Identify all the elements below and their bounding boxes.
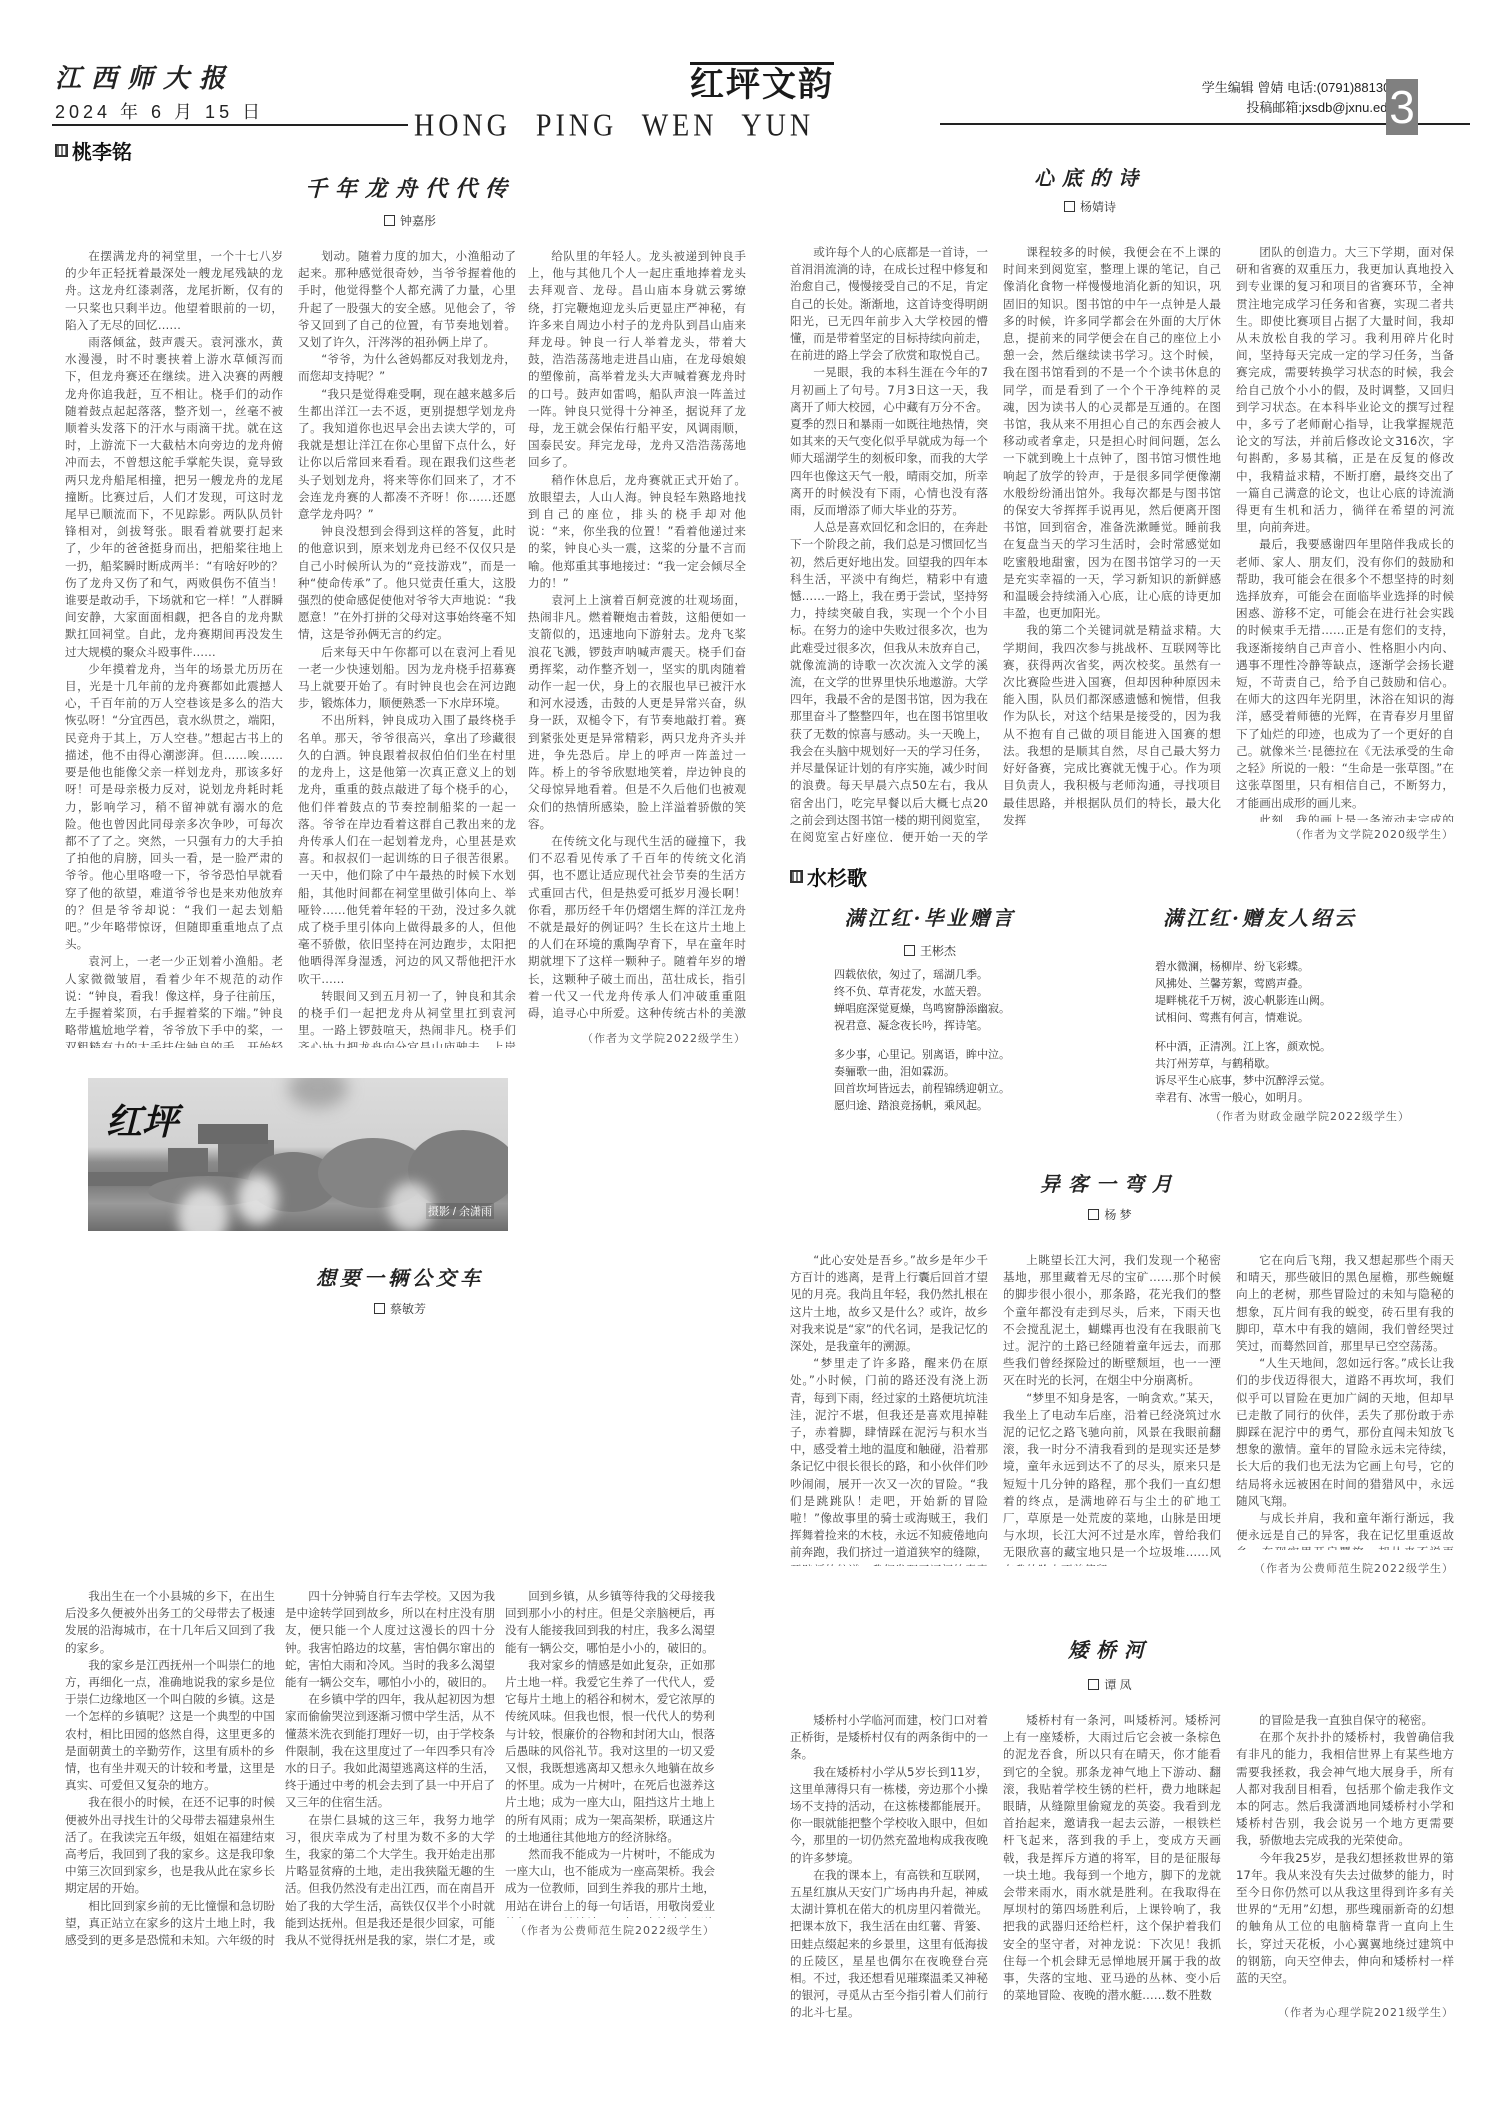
poem-line: 奏骊歌一曲，泪如霖沥。	[834, 1063, 1034, 1080]
poem-line: 堤畔桃花千万树，波心帆影连山阙。	[1155, 992, 1385, 1009]
byline-box-icon	[1088, 1209, 1099, 1220]
column-text: 后来每天中午你都可以在袁河上看见一老一少快速划船。因为龙舟桡手招募赛马上就要开始…	[298, 644, 516, 713]
column-text: 此刻，我的画上是一条流动未完成的诗。	[1236, 812, 1454, 822]
section-title: 桃李铭	[72, 136, 132, 165]
section-icon	[790, 870, 803, 883]
article-column: 课程较多的时候，我便会在不上课的时间来到阅览室，整理上课的笔记，自己像消化食物一…	[1003, 244, 1221, 842]
byline-box-icon	[904, 945, 915, 956]
author-name: 杨婧诗	[1080, 200, 1116, 214]
column-text: “此心安处是吾乡。”故乡是年少千方百计的逃离，是背上行囊后回首才望见的月亮。我尚…	[790, 1252, 988, 1355]
column-text: 的冒险是我一直独自保守的秘密。	[1236, 1712, 1454, 1729]
page-logo-chinese: 红坪文韵	[690, 62, 834, 105]
section-label-taoliming: 桃李铭	[55, 136, 132, 165]
article-column: 给队里的年轻人。龙头被递到钟良手上，他与其他几个人一起庄重地捧着龙头去拜观音、龙…	[528, 248, 746, 1024]
column-text: 袁河上，一老一少正划着小渔船。老人家微微皱眉，看着少年不规范的动作说：“钟良，看…	[65, 953, 283, 1048]
poem-stanza: 多少事，心里记。别离语，眸中泣。 奏骊歌一曲，泪如霖沥。 回首坎坷皆远去，前程锦…	[834, 1046, 1034, 1114]
article-title: 心底的诗	[990, 162, 1190, 191]
column-text: 四十分钟骑自行车去学校。又因为我是中途转学回到故乡，所以在村庄没有朋友，便只能一…	[285, 1588, 495, 1691]
column-text: 在摆满龙舟的祠堂里，一个十七八岁的少年正轻抚着最深处一艘龙尾残缺的龙舟。这龙舟红…	[65, 248, 283, 334]
column-text: 少年摸着龙舟，当年的场景尤历历在目，光是十几年前的龙舟赛都如此震撼人心，千百年前…	[65, 661, 283, 953]
article-column: 划动。随着力度的加大，小渔船动了起来。那种感觉很奇妙，当爷爷握着他的手时，他觉得…	[298, 248, 516, 1048]
column-text: 回到乡镇，从乡镇等待我的父母接我回到那小小的村庄。但是父亲脑梗后，再没有人能接我…	[505, 1588, 715, 1657]
article-column: 四十分钟骑自行车去学校。又因为我是中途转学回到故乡，所以在村庄没有朋友，便只能一…	[285, 1588, 495, 1948]
poem-line: 愿归途、踏浪竞扬帆，乘风起。	[834, 1097, 1034, 1114]
poem-line: 终不负、草青花发，水蓝天碧。	[834, 983, 1034, 1000]
poem-line: 碧水微澜，杨柳岸、纷飞彩蝶。	[1155, 958, 1385, 975]
poem-line: 试相问、莺燕有何言，情难说。	[1155, 1009, 1385, 1026]
poem-line: 风拂处、兰馨芳絮，莺鸥声叠。	[1155, 975, 1385, 992]
column-text: 人总是喜欢回忆和念旧的，在奔赴下一个阶段之前，我们总是习惯回忆当初，然后更好地出…	[790, 519, 988, 842]
poem-body: 四载依依，匆过了，瑶湖几季。 终不负、草青花发，水蓝天碧。 蝉唱庭深觉夏燥，鸟鸣…	[834, 966, 1034, 1126]
photo-blur-flower	[238, 1174, 278, 1224]
article-title: 矮桥河	[1050, 1634, 1170, 1663]
column-text: 在崇仁县城的这三年，我努力地学习，很庆幸成为了村里为数不多的大学生，我家的第二个…	[285, 1812, 495, 1948]
poem-byline: 王彬杰	[880, 942, 980, 959]
author-name: 钟嘉彤	[400, 214, 436, 228]
page-number-badge: 3	[1386, 79, 1418, 135]
column-text: 袁河上上演着百舸竞渡的壮观场面，热闹非凡。燃着鞭炮击着鼓，这船便如一支箭似的，迅…	[528, 592, 746, 833]
author-note: （作者为文学院2020级学生）	[1236, 826, 1454, 842]
author-name: 杨 梦	[1104, 1208, 1131, 1222]
campus-photo: 红坪 摄影 / 余潇雨	[88, 1078, 508, 1231]
poem-stanza: 杯中酒，正清冽。江上客，颜欢悦。 共汀州芳草，与鹤稍歇。 诉尽平生心底事，梦中沉…	[1155, 1038, 1385, 1106]
photo-title: 红坪	[106, 1094, 178, 1145]
author-note: （作者为公费师范生院2022级学生）	[1236, 1560, 1454, 1576]
column-text: 在传统文化与现代生活的碰撞下，我们不忍看见传承了千百年的传统文化消弭，也不愿让适…	[528, 833, 746, 1024]
column-text: 或许每个人的心底都是一首诗，一首涓涓流淌的诗，在成长过程中修复和治愈自己，慢慢接…	[790, 244, 988, 364]
column-text: 我出生在一个小县城的乡下，在出生后没多久便被外出务工的父母带去了极速发展的沿海城…	[65, 1588, 275, 1657]
column-text: 课程较多的时候，我便会在不上课的时间来到阅览室，整理上课的笔记，自己像消化食物一…	[1003, 244, 1221, 622]
column-text: 在那个灰扑扑的矮桥村，我曾确信我有非凡的能力，我相信世界上有某些地方需要我拯救，…	[1236, 1729, 1454, 1849]
column-text: 雨落倾盆，鼓声震天。袁河涨水，黄水漫漫，时不时裹挟着上游水草倾泻而下，但龙舟赛还…	[65, 334, 283, 661]
article-column: 团队的创造力。大三下学期，面对保研和省赛的双重压力，我更加认真地投入到专业课的复…	[1236, 244, 1454, 822]
photo-blur-flower	[288, 1078, 348, 1108]
column-text: “爷爷，为什么爸妈都反对我划龙舟，而您却支持呢？”	[298, 351, 516, 385]
editor-phone: 学生编辑 曾婧 电话:(0791)88130253	[1202, 78, 1412, 98]
column-text: 最后，我要感谢四年里陪伴我成长的老师、家人、朋友们，没有你们的鼓励和帮助，我可能…	[1236, 536, 1454, 811]
column-text: 给队里的年轻人。龙头被递到钟良手上，他与其他几个人一起庄重地捧着龙头去拜观音、龙…	[528, 248, 746, 472]
article-byline: 杨婧诗	[1040, 198, 1140, 215]
byline-box-icon	[374, 1303, 385, 1314]
author-note: （作者为财政金融学院2022级学生）	[1170, 1108, 1410, 1124]
column-text: 矮桥村小学临河而建，校门口对着正桥街，是矮桥村仅有的两条街中的一条。	[790, 1712, 988, 1764]
article-byline: 钟嘉彤	[360, 212, 460, 229]
column-text: 钟良没想到会得到这样的答复，此时的他意识到，原来划龙舟已经不仅仅只是自己小时候所…	[298, 523, 516, 643]
column-text: 一晃眼，我的本科生涯在今年的7月初画上了句号。7月3日这一天，我离开了师大校园，…	[790, 364, 988, 519]
article-byline: 蔡敏芳	[350, 1300, 450, 1317]
author-note: （作者为心理学院2021级学生）	[1236, 2004, 1454, 2020]
poem-line: 回首坎坷皆远去，前程锦绣迎朝立。	[834, 1080, 1034, 1097]
article-byline: 谭 凤	[1060, 1676, 1160, 1693]
photo-building	[198, 1124, 268, 1144]
column-text: 我在矮桥村小学从5岁长到11岁，这里单薄得只有一栋楼，旁边那个小操场不支持的活动…	[790, 1764, 988, 1867]
column-text: 我对家乡的情感是如此复杂，正如那片土地一样。我爱它生养了一代代人，爱它每片土地上…	[505, 1657, 715, 1846]
article-column: 它在向后飞翔，我又想起那些个雨天和晴天，那些破旧的黑色屋檐，那些蜿蜒向上的老树，…	[1236, 1252, 1454, 1550]
column-text: 我的家乡是江西抚州一个叫崇仁的地方，再细化一点，准确地说我的家乡是位于崇仁边缘地…	[65, 1657, 275, 1795]
column-text: 划动。随着力度的加大，小渔船动了起来。那种感觉很奇妙，当爷爷握着他的手时，他觉得…	[298, 248, 516, 351]
byline-box-icon	[1064, 201, 1075, 212]
author-name: 谭 凤	[1104, 1678, 1131, 1692]
column-text: 我的第二个关键词就是精益求精。大学期间，我四次参与挑战杯、互联网等比赛，获得两次…	[1003, 622, 1221, 828]
column-text: “人生天地间，忽如远行客。”成长让我们的步伐迈得很大，道路不再坎坷，我们似乎可以…	[1236, 1355, 1454, 1510]
article-byline: 杨 梦	[1060, 1206, 1160, 1223]
poem-line: 杯中酒，正清冽。江上客，颜欢悦。	[1155, 1038, 1385, 1055]
newspaper-name: 江西师大报	[55, 58, 235, 95]
author-name: 王彬杰	[920, 944, 956, 958]
column-text: 不出所料，钟良成功入围了最终桡手名单。那天，爷爷很高兴，拿出了珍藏很久的白酒。钟…	[298, 712, 516, 987]
article-column: 在摆满龙舟的祠堂里，一个十七八岁的少年正轻抚着最深处一艘龙尾残缺的龙舟。这龙舟红…	[65, 248, 283, 1048]
poem-title: 满江红·赠友人绍云	[1140, 902, 1380, 931]
column-text: 矮桥村有一条河，叫矮桥河。矮桥河上有一座矮桥，大雨过后它会被一条棕色的泥龙吞食，…	[1003, 1712, 1221, 2004]
article-title: 想要一辆公交车	[270, 1262, 530, 1291]
column-text: 我在很小的时候，在还不记事的时候便被外出寻找生计的父母带去福建泉州生活了。在我读…	[65, 1794, 275, 1897]
column-text: 今年我25岁，是我幻想拯救世界的第17年。我从来没有失去过做梦的能力，时至今日你…	[1236, 1850, 1454, 1988]
column-text: “我只是觉得难受啊，现在越来越多后生都出洋江一去不返，更别提想学划龙舟了。我知道…	[298, 386, 516, 524]
byline-box-icon	[1088, 1679, 1099, 1690]
poem-line: 共汀州芳草，与鹤稍歇。	[1155, 1055, 1385, 1072]
author-note: （作者为文学院2022级学生）	[528, 1030, 746, 1046]
poem-title: 满江红·毕业赠言	[820, 902, 1040, 931]
author-note: （作者为公费师范生院2022级学生）	[505, 1922, 715, 1938]
author-name: 蔡敏芳	[390, 1302, 426, 1316]
article-title: 千年龙舟代代传	[290, 172, 530, 203]
section-title: 水杉歌	[807, 862, 867, 891]
byline-box-icon	[384, 215, 395, 226]
poem-line: 诉尽平生心底事，梦中沉醉浮云觉。	[1155, 1072, 1385, 1089]
poem-line: 祝君意、凝念夜长吟，挥诗笔。	[834, 1017, 1034, 1034]
article-column: “此心安处是吾乡。”故乡是年少千方百计的逃离，是背上行囊后回首才望见的月亮。我尚…	[790, 1252, 988, 1566]
article-title: 异客一弯月	[1030, 1168, 1190, 1197]
article-column: 的冒险是我一直独自保守的秘密。在那个灰扑扑的矮桥村，我曾确信我有非凡的能力，我相…	[1236, 1712, 1454, 2002]
poem-stanza: 四载依依，匆过了，瑶湖几季。 终不负、草青花发，水蓝天碧。 蝉唱庭深觉夏燥，鸟鸣…	[834, 966, 1034, 1034]
page-logo-english: HONG PING WEN YUN	[414, 108, 814, 145]
column-text: 相比回到家乡前的无比憧憬和急切盼望，真正站立在家乡的这片土地上时，我感受到的更多…	[65, 1898, 275, 1948]
poem-line: 幸君有、冰雪一般心，如明月。	[1155, 1089, 1385, 1106]
column-text: “梦里不知身是客，一晌贪欢。”某天，我坐上了电动车后座，沿着已经浇筑过水泥的记忆…	[1003, 1390, 1221, 1566]
poem-stanza: 碧水微澜，杨柳岸、纷飞彩蝶。 风拂处、兰馨芳絮，莺鸥声叠。 堤畔桃花千万树，波心…	[1155, 958, 1385, 1026]
column-text: “梦里走了许多路，醒来仍在原处。”小时候，门前的路还没有浇上沥青，每到下雨，经过…	[790, 1355, 988, 1566]
column-text: 团队的创造力。大三下学期，面对保研和省赛的双重压力，我更加认真地投入到专业课的复…	[1236, 244, 1454, 536]
photo-credit: 摄影 / 余潇雨	[426, 1203, 494, 1219]
poem-body: 碧水微澜，杨柳岸、纷飞彩蝶。 风拂处、兰馨芳絮，莺鸥声叠。 堤畔桃花千万树，波心…	[1155, 958, 1385, 1118]
column-text: 上眺望长江大河，我们发现一个秘密基地，那里藏着无尽的宝矿……那个时候的脚步很小很…	[1003, 1252, 1221, 1390]
header-rule-left	[52, 124, 408, 126]
issue-date: 2024 年 6 月 15 日	[55, 98, 264, 124]
article-column: 矮桥村小学临河而建，校门口对着正桥街，是矮桥村仅有的两条街中的一条。我在矮桥村小…	[790, 1712, 988, 2022]
column-text: 稍作休息后，龙舟赛就正式开始了。放眼望去，人山人海。钟良轻车熟路地找到自己的座位…	[528, 472, 746, 592]
article-column: 上眺望长江大河，我们发现一个秘密基地，那里藏着无尽的宝矿……那个时候的脚步很小很…	[1003, 1252, 1221, 1566]
editor-contact: 学生编辑 曾婧 电话:(0791)88130253 投稿邮箱:jxsdb@jxn…	[1202, 78, 1412, 118]
column-text: 在乡镇中学的四年，我从起初因为想家而偷偷哭泣到逐渐习惯中学生活，从不懂蒸米洗衣到…	[285, 1691, 495, 1811]
poem-line: 蝉唱庭深觉夏燥，鸟鸣窗静添幽寂。	[834, 1000, 1034, 1017]
section-icon	[55, 144, 68, 157]
section-label-shuishange: 水杉歌	[790, 862, 867, 891]
column-text: 与成长并肩，我和童年渐行渐远，我便永远是自己的异客，我在记忆里重返故乡，在现实里…	[1236, 1510, 1454, 1550]
column-text: 然而我不能成为一片树叶，不能成为一座大山，也不能成为一座高架桥。我会成为一位教师…	[505, 1846, 715, 1918]
article-column: 矮桥村有一条河，叫矮桥河。矮桥河上有一座矮桥，大雨过后它会被一条棕色的泥龙吞食，…	[1003, 1712, 1221, 2022]
column-text: 转眼间又到五月初一了，钟良和其余的桡手们一起把龙舟从祠堂里扛到袁河里。一路上锣鼓…	[298, 988, 516, 1048]
column-text: 在我的课本上，有高铁和互联网，五星红旗从天安门广场冉冉升起，神威太湖计算机在偌大…	[790, 1867, 988, 2022]
article-column: 或许每个人的心底都是一首诗，一首涓涓流淌的诗，在成长过程中修复和治愈自己，慢慢接…	[790, 244, 988, 842]
submission-email[interactable]: 投稿邮箱:jxsdb@jxnu.edu.cn	[1202, 98, 1412, 118]
column-text: 它在向后飞翔，我又想起那些个雨天和晴天，那些破旧的黑色屋檐，那些蜿蜒向上的老树，…	[1236, 1252, 1454, 1355]
article-column: 回到乡镇，从乡镇等待我的父母接我回到那小小的村庄。但是父亲脑梗后，再没有人能接我…	[505, 1588, 715, 1918]
poem-line: 多少事，心里记。别离语，眸中泣。	[834, 1046, 1034, 1063]
article-column: 我出生在一个小县城的乡下，在出生后没多久便被外出务工的父母带去了极速发展的沿海城…	[65, 1588, 275, 1948]
poem-line: 四载依依，匆过了，瑶湖几季。	[834, 966, 1034, 983]
